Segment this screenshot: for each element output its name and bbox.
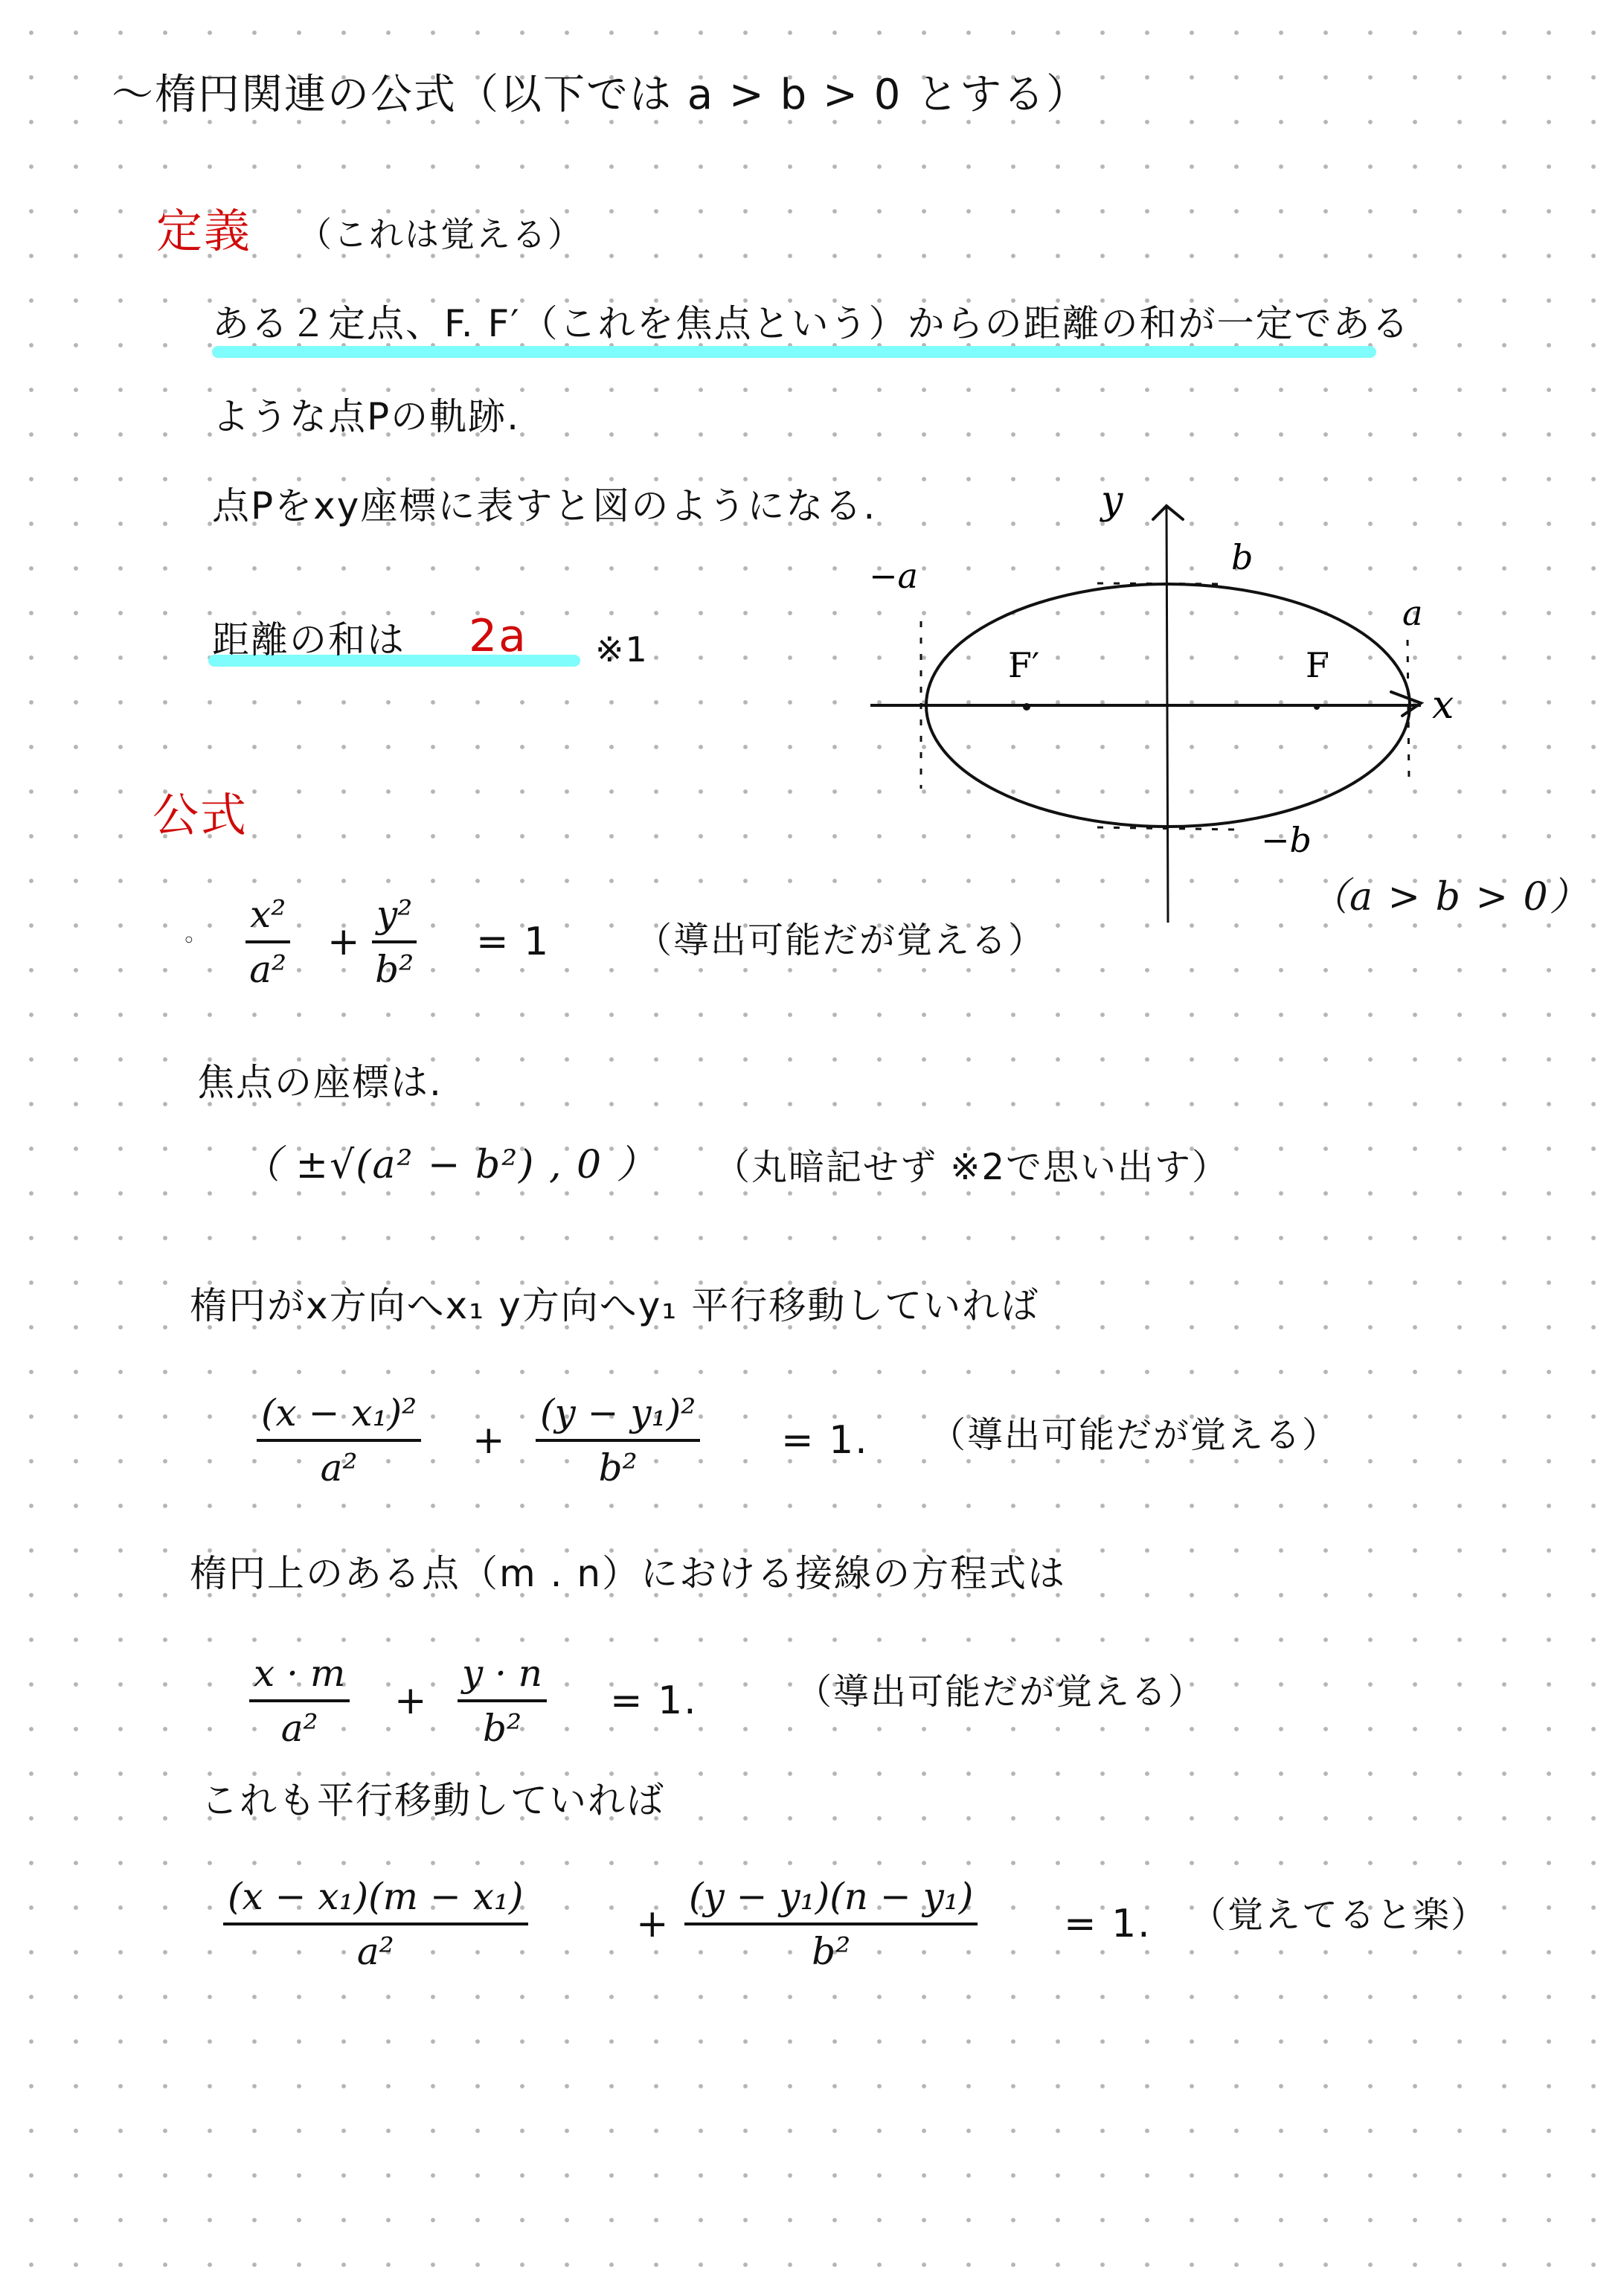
focus-left-point [1023,703,1030,711]
focus-intro: 焦点の座標は. [197,1064,443,1101]
y-axis [1166,506,1168,923]
equals-one: = 1 [476,923,550,961]
fraction-shift-y: (y − y₁)² b² [536,1391,700,1489]
equals-one: = 1. [781,1421,869,1460]
plus-sign: + [394,1681,429,1720]
shift-intro: 楕円がx方向へx₁ y方向へy₁ 平行移動していれば [190,1287,1039,1324]
definition-line-1: ある２定点、F. F′（これを焦点という）からの距離の和が一定である [212,305,1410,342]
distance-sum-value: 2a [469,614,527,658]
focus-note: （丸暗記せず ※2で思い出す） [714,1149,1229,1185]
tangent-shift-intro: これも平行移動していれば [201,1782,665,1819]
tangent-shift-note: （覚えてると楽） [1190,1897,1488,1933]
label-b: b [1231,537,1253,577]
focus-coordinates: （ ±√(a² − b²) , 0 ） [242,1146,657,1184]
y-axis-arrow-icon [1153,506,1183,519]
page-title: 〜楕円関連の公式（以下では a > b > 0 とする） [112,74,1089,116]
definition-note: （これは覚える） [298,217,583,251]
plus-sign: + [636,1905,670,1943]
fraction-tangent-y: y · n b² [458,1652,547,1750]
tangent-intro: 楕円上のある点（m . n）における接線の方程式は [190,1555,1066,1592]
fraction-tangent-shift-y: (y − y₁)(n − y₁) b² [684,1875,978,1973]
fraction-x2-a2: x² a² [245,893,290,991]
focus-right-label: F [1306,645,1329,685]
x-axis-label: x [1432,683,1454,728]
definition-heading: 定義 [156,208,251,254]
shift-note: （導出可能だが覚える） [930,1417,1339,1453]
focus-right-point [1314,704,1320,710]
diagram-condition: （a > b > 0） [1309,878,1590,917]
distance-sum-label: 距離の和は [212,621,405,658]
highlight-definition [212,346,1376,358]
equals-one: = 1. [610,1681,698,1720]
definition-line-3: 点Pをxy座標に表すと図のようになる. [212,487,876,525]
fraction-tangent-shift-x: (x − x₁)(m − x₁) a² [223,1875,528,1973]
definition-line-2: ような点Pの軌跡. [212,398,520,435]
fraction-tangent-x: x · m a² [249,1652,350,1750]
label-neg-b: −b [1261,820,1312,860]
tangent-note: （導出可能だが覚える） [796,1674,1205,1710]
focus-left-label: F′ [1008,645,1039,685]
fraction-y2-b2: y² b² [372,893,417,991]
bullet: ◦ [182,930,197,952]
plus-sign: + [327,923,362,961]
formulas-heading: 公式 [153,792,248,838]
std-note: （導出可能だが覚える） [636,923,1045,958]
note-ref-1: ※1 [595,632,649,667]
label-neg-a: −a [869,556,918,596]
plus-sign: + [472,1421,507,1460]
y-axis-label: y [1100,478,1123,523]
fraction-shift-x: (x − x₁)² a² [257,1391,421,1489]
equals-one: = 1. [1064,1905,1152,1943]
label-a: a [1402,593,1422,633]
